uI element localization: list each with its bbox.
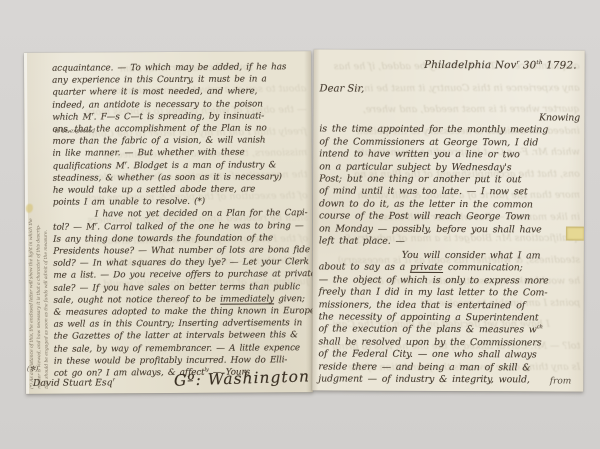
- handwritten-line: on a particular subject by Wednesday's: [319, 161, 579, 175]
- handwritten-line: of the Commissioners at George Town, I d…: [319, 136, 579, 150]
- handwritten-line: You will consider what I am: [319, 249, 579, 263]
- handwritten-line: intend to have written you a line or two: [319, 149, 579, 163]
- footnote-anchor-mark: (✻): [27, 365, 38, 373]
- dateline: Philadelphia Novr 30th 1792.: [377, 59, 577, 72]
- catchword: from: [550, 376, 572, 386]
- handwritten-line: Post; but one thing or another put it ou…: [319, 173, 579, 187]
- handwritten-line: judgment — of industry & integrity, woul…: [318, 373, 578, 387]
- handwritten-line: of the Federal City. — one who shall alw…: [318, 349, 578, 363]
- handwritten-line: steadiness, & whether (as soon as it is …: [53, 171, 307, 185]
- archival-repair-tab: [566, 227, 585, 241]
- signature-washington: Gº: Washington: [174, 367, 311, 389]
- addressee-line: David Stuart Esqr: [33, 377, 115, 389]
- handwritten-line: Knowing that tomorrow: [319, 111, 579, 125]
- handwritten-line: tion should be engaged as soon as the fu…: [42, 59, 51, 389]
- handwritten-line: of the execution of the plans & measures…: [318, 324, 578, 338]
- marginal-footnote-note: (*) As an instance of this, the enclosed…: [27, 59, 52, 389]
- handwritten-line: left that place. —: [319, 235, 579, 249]
- handwritten-line: the Gazettes of the latter at intervals …: [54, 330, 308, 344]
- salutation: Dear Sir,: [320, 83, 365, 94]
- handwritten-line: me a list. — Do you receive offers to pu…: [53, 269, 307, 283]
- handwritten-line: reside there — and being a man of skill …: [318, 361, 578, 375]
- handwritten-line: missioners, the idea that is entertained…: [319, 299, 579, 313]
- handwritten-line: of mind until it was too late. — I now s…: [319, 186, 579, 200]
- letter-paragraph-1: Knowing that tomorrowis the time appoint…: [319, 111, 580, 249]
- handwritten-line: I have not yet decided on a Plan for the…: [53, 208, 307, 222]
- handwritten-line: — the object of which is only to express…: [319, 274, 579, 288]
- handwritten-line: freely than I did in my last letter to t…: [319, 287, 579, 301]
- handwritten-line: down to do it, as the letter in the comm…: [319, 198, 579, 212]
- letter-paragraph-2: You will consider what I amabout to say …: [318, 249, 579, 387]
- handwritten-line: acquaintance. — To which may be added, i…: [52, 61, 306, 75]
- letter-page-left: You will consider what I amabout to say …: [24, 51, 313, 394]
- handwritten-line: on Monday — possibly, before you shall h…: [319, 223, 579, 237]
- handwritten-line: course of the Post will reach George Tow…: [319, 211, 579, 225]
- handwritten-line: is the time appointed for the monthly me…: [319, 124, 579, 138]
- interlined-insertion: to be expected: [54, 128, 94, 134]
- letter-scan: You will consider what I amabout to say …: [0, 0, 600, 449]
- letter-body-left: acquaintance. — To which may be added, i…: [52, 61, 308, 380]
- handwritten-line: about to say as a private communication;: [319, 262, 579, 276]
- handwritten-line: in these would be profitably incurred. H…: [54, 354, 308, 368]
- letter-page-right: acquaintance. — To which may be added, i…: [312, 49, 584, 391]
- handwritten-line: shall be resolved upon by the Commission…: [318, 336, 578, 350]
